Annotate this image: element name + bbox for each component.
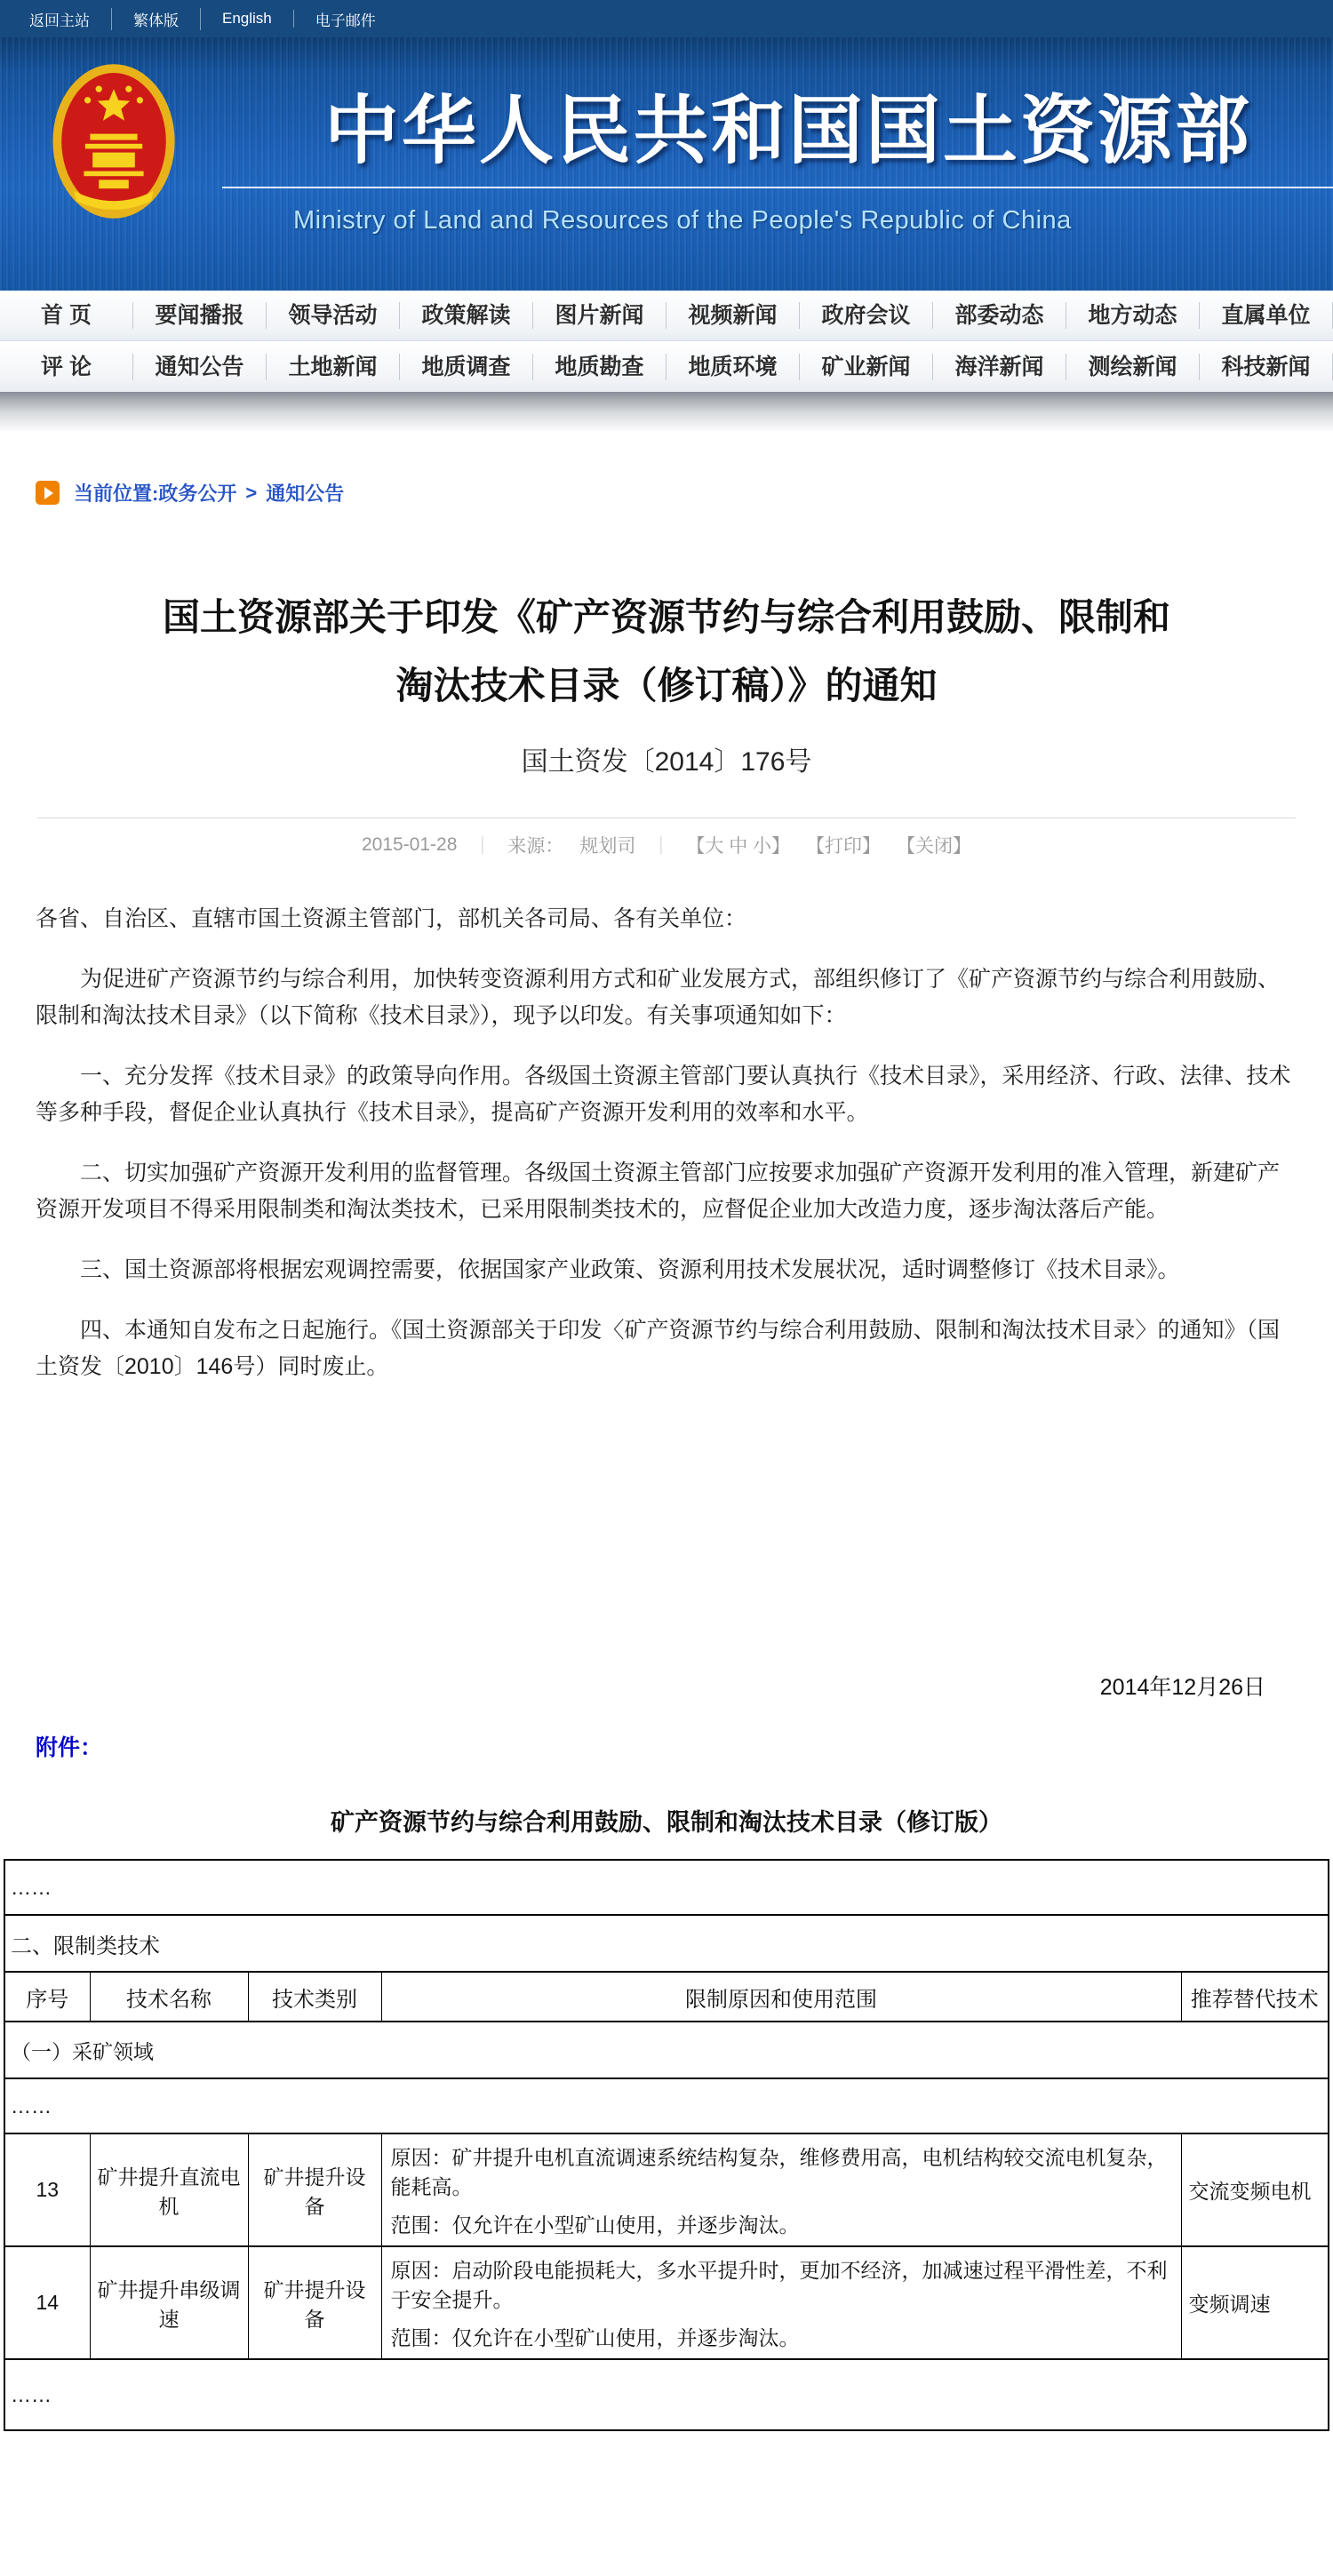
meta-pipe: ｜ — [473, 832, 491, 858]
nav-item-affiliates[interactable]: 直属单位 — [1200, 302, 1333, 329]
column-header-no: 序号 — [4, 1972, 90, 2022]
paragraph-item-2: 二、切实加强矿产资源开发利用的监督管理。各级国土资源主管部门应按要求加强矿产资源… — [36, 1155, 1297, 1228]
breadcrumb-arrow-icon — [36, 481, 60, 505]
close-button[interactable]: 【关闭】 — [897, 832, 971, 858]
ellipsis-cell: …… — [4, 1860, 1329, 1915]
paragraph-item-3: 三、国土资源部将根据宏观调控需要，依据国家产业政策、资源利用技术发展状况，适时调… — [36, 1252, 1297, 1288]
cell-tech-category: 矿井提升设备 — [248, 2133, 381, 2246]
article-meta-bar: 2015-01-28 ｜ 来源： 规划司 ｜ 【大 中 小】 【打印】 【关闭】 — [37, 817, 1296, 858]
breadcrumb-link-notices[interactable]: 通知公告 — [266, 479, 344, 506]
breadcrumb: 当前位置: 政务公开 > 通知公告 — [36, 479, 1333, 506]
ellipsis-cell: …… — [4, 2359, 1329, 2430]
nav-item-land-news[interactable]: 土地新闻 — [267, 354, 400, 380]
table-row-13: 13 矿井提升直流电机 矿井提升设备 原因：矿井提升电机直流调速系统结构复杂，维… — [4, 2133, 1329, 2246]
cell-tech-name: 矿井提升直流电机 — [90, 2133, 248, 2246]
cell-tech-category: 矿井提升设备 — [248, 2246, 381, 2359]
scope-text: 范围：仅允许在小型矿山使用，并逐步淘汰。 — [391, 2322, 1172, 2351]
technology-catalog-table: …… 二、限制类技术 序号 技术名称 技术类别 限制原因和使用范围 推荐替代技术… — [4, 1859, 1329, 2431]
site-title: 中华人民共和国国土资源部 — [324, 71, 1252, 179]
table-row-ellipsis: …… — [4, 2359, 1329, 2430]
article-content: 国土资源部关于印发《矿产资源节约与综合利用鼓励、限制和 淘汰技术目录（修订稿）》… — [0, 583, 1333, 1838]
nav-item-photos[interactable]: 图片新闻 — [533, 302, 666, 329]
header-shadow-band — [0, 392, 1333, 431]
nav-item-notices[interactable]: 通知公告 — [133, 354, 267, 380]
cell-no: 13 — [4, 2133, 90, 2246]
cell-no: 14 — [4, 2246, 90, 2359]
table-row-ellipsis: …… — [4, 1860, 1329, 1915]
banner-divider — [222, 187, 1333, 188]
column-header-tech-name: 技术名称 — [90, 1972, 248, 2022]
table-row-section-mining: （一）采矿领域 — [4, 2022, 1329, 2078]
site-banner: 中华人民共和国国土资源部 Ministry of Land and Resour… — [0, 37, 1333, 291]
source-label: 来源： — [507, 832, 563, 858]
article-title: 国土资源部关于印发《矿产资源节约与综合利用鼓励、限制和 淘汰技术目录（修订稿）》… — [80, 583, 1253, 720]
breadcrumb-prefix: 当前位置: — [74, 479, 158, 506]
source-value: 规划司 — [579, 832, 635, 858]
nav-item-policy[interactable]: 政策解读 — [400, 302, 533, 329]
scope-text: 范围：仅允许在小型矿山使用，并逐步淘汰。 — [391, 2209, 1172, 2238]
cell-alternative: 交流变频电机 — [1181, 2133, 1329, 2246]
attachment-label: 附件： — [36, 1730, 1297, 1762]
paragraph-salutation: 各省、自治区、直辖市国土资源主管部门，部机关各司局、各有关单位： — [36, 901, 1297, 937]
table-row-category-restricted: 二、限制类技术 — [4, 1915, 1329, 1972]
nav-item-comments[interactable]: 评 论 — [0, 354, 133, 380]
paragraph-item-1: 一、充分发挥《技术目录》的政策导向作用。各级国土资源主管部门要认真执行《技术目录… — [36, 1058, 1297, 1131]
cell-reason-scope: 原因：矿井提升电机直流调速系统结构复杂，维修费用高，电机结构较交流电机复杂，能耗… — [381, 2133, 1181, 2246]
nav-item-local[interactable]: 地方动态 — [1066, 302, 1200, 329]
paragraph-item-4: 四、本通知自发布之日起施行。《国土资源部关于印发〈矿产资源节约与综合利用鼓励、限… — [36, 1312, 1297, 1385]
nav-item-meetings[interactable]: 政府会议 — [800, 302, 933, 329]
article-title-line2: 淘汰技术目录（修订稿）》的通知 — [80, 651, 1253, 720]
table-header-row: 序号 技术名称 技术类别 限制原因和使用范围 推荐替代技术 — [4, 1972, 1329, 2022]
category-header-cell: 二、限制类技术 — [4, 1915, 1329, 1972]
table-row-ellipsis: …… — [4, 2078, 1329, 2133]
publish-date: 2015-01-28 — [362, 834, 457, 856]
nav-row-2: 评 论 通知公告 土地新闻 地质调查 地质勘查 地质环境 矿业新闻 海洋新闻 测… — [0, 341, 1333, 392]
signature-date: 2014年12月26日 — [36, 1670, 1297, 1702]
nav-item-geo-environment[interactable]: 地质环境 — [666, 354, 800, 380]
article-body: 各省、自治区、直辖市国土资源主管部门，部机关各司局、各有关单位： 为促进矿产资源… — [36, 901, 1297, 1385]
paragraph-intro: 为促进矿产资源节约与综合利用，加快转变资源利用方式和矿业发展方式，部组织修订了《… — [36, 961, 1297, 1034]
nav-item-mapping-news[interactable]: 测绘新闻 — [1066, 354, 1200, 380]
meta-pipe: ｜ — [651, 832, 670, 858]
nav-row-1: 首 页 要闻播报 领导活动 政策解读 图片新闻 视频新闻 政府会议 部委动态 地… — [0, 291, 1333, 341]
topbar-link-home[interactable]: 返回主站 — [29, 8, 112, 30]
topbar-link-english[interactable]: English — [201, 10, 294, 28]
nav-item-video[interactable]: 视频新闻 — [666, 302, 800, 329]
nav-item-ministry[interactable]: 部委动态 — [933, 302, 1066, 329]
nav-item-tech-news[interactable]: 科技新闻 — [1200, 354, 1333, 380]
column-header-alternative: 推荐替代技术 — [1181, 1972, 1329, 2022]
site-title-english: Ministry of Land and Resources of the Pe… — [293, 206, 1072, 235]
column-header-reason-scope: 限制原因和使用范围 — [381, 1972, 1181, 2022]
document-number: 国土资发〔2014〕176号 — [36, 739, 1297, 778]
reason-text: 原因：矿井提升电机直流调速系统结构复杂，维修费用高，电机结构较交流电机复杂，能耗… — [391, 2141, 1172, 2200]
breadcrumb-link-gov-affairs[interactable]: 政务公开 — [158, 479, 236, 506]
topbar-link-traditional[interactable]: 繁体版 — [112, 8, 201, 30]
table-row-14: 14 矿井提升串级调速 矿井提升设备 原因：启动阶段电能损耗大，多水平提升时，更… — [4, 2246, 1329, 2359]
national-emblem-icon — [52, 60, 176, 222]
print-button[interactable]: 【打印】 — [806, 832, 881, 858]
nav-item-news[interactable]: 要闻播报 — [133, 302, 267, 329]
nav-item-mining-news[interactable]: 矿业新闻 — [800, 354, 933, 380]
cell-tech-name: 矿井提升串级调速 — [90, 2246, 248, 2359]
topbar-link-email[interactable]: 电子邮件 — [294, 8, 397, 30]
attachment-table-title: 矿产资源节约与综合利用鼓励、限制和淘汰技术目录（修订版） — [36, 1803, 1297, 1838]
reason-text: 原因：启动阶段电能损耗大，多水平提升时，更加不经济，加减速过程平滑性差，不利于安… — [391, 2254, 1172, 2313]
ellipsis-cell: …… — [4, 2078, 1329, 2133]
cell-alternative: 变频调速 — [1181, 2246, 1329, 2359]
font-size-control[interactable]: 【大 中 小】 — [686, 832, 790, 858]
nav-item-home[interactable]: 首 页 — [0, 302, 133, 329]
nav-item-geo-survey[interactable]: 地质调查 — [400, 354, 533, 380]
top-utility-bar: 返回主站 繁体版 English 电子邮件 — [0, 0, 1333, 37]
article-title-line1: 国土资源部关于印发《矿产资源节约与综合利用鼓励、限制和 — [80, 583, 1253, 651]
breadcrumb-separator: > — [245, 482, 257, 505]
nav-item-ocean-news[interactable]: 海洋新闻 — [933, 354, 1066, 380]
section-cell: （一）采矿领域 — [4, 2022, 1329, 2078]
nav-item-geo-exploration[interactable]: 地质勘查 — [533, 354, 666, 380]
column-header-tech-category: 技术类别 — [248, 1972, 381, 2022]
nav-item-leaders[interactable]: 领导活动 — [267, 302, 400, 329]
cell-reason-scope: 原因：启动阶段电能损耗大，多水平提升时，更加不经济，加减速过程平滑性差，不利于安… — [381, 2246, 1181, 2359]
